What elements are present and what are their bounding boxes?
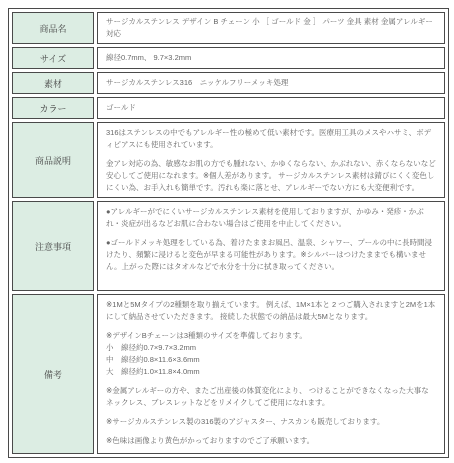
spec-paragraph: ゴールド xyxy=(106,102,436,114)
spec-paragraph: ※サージカルステンレス製の316製のアジャスター、ナスカンも販売しております。 xyxy=(106,416,436,428)
spec-paragraph: ●アレルギーがでにくいサージカルステンレス素材を使用しておりますが、かゆみ・発疹… xyxy=(106,206,436,230)
row-value-color: ゴールド xyxy=(97,97,445,119)
spec-paragraph: 316はステンレスの中でもアレルギー性の極めて低い素材です。医療用工具のメスやハ… xyxy=(106,127,436,151)
spec-paragraph: ※デザインBチェーンは3種類のサイズを準備しております。 xyxy=(106,330,436,342)
row-label-caution: 注意事項 xyxy=(12,201,94,291)
row-label-color: カラー xyxy=(12,97,94,119)
spec-paragraph-size-small: 小 線径約0.7×9.7×3.2mm xyxy=(106,342,436,354)
row-value-description: 316はステンレスの中でもアレルギー性の極めて低い素材です。医療用工具のメスやハ… xyxy=(97,122,445,198)
spec-paragraph: ※金属アレルギーの方や、またご出産後の体質変化により、 つけることができなくなっ… xyxy=(106,385,436,409)
row-label-size: サイズ xyxy=(12,47,94,69)
row-label-product-name: 商品名 xyxy=(12,12,94,44)
row-label-description: 商品説明 xyxy=(12,122,94,198)
row-value-product-name: サージカルステンレス デザイン B チェーン 小 ［ ゴールド 金 ］ パーツ … xyxy=(97,12,445,44)
spec-paragraph: サージカルステンレス316 ニッケルフリーメッキ処理 xyxy=(106,77,436,89)
spec-paragraph: サージカルステンレス デザイン B チェーン 小 ［ ゴールド 金 ］ パーツ … xyxy=(106,16,436,40)
row-label-material: 素材 xyxy=(12,72,94,94)
spec-paragraph: 線径0.7mm、 9.7×3.2mm xyxy=(106,52,436,64)
row-value-size: 線径0.7mm、 9.7×3.2mm xyxy=(97,47,445,69)
row-label-notes: 備考 xyxy=(12,294,94,454)
product-spec-table: 商品名 サージカルステンレス デザイン B チェーン 小 ［ ゴールド 金 ］ … xyxy=(8,8,449,458)
table-row-material: 素材 サージカルステンレス316 ニッケルフリーメッキ処理 xyxy=(12,72,445,94)
spec-paragraph: ●ゴールドメッキ処理をしている為、着けたままお風呂、温泉、シャワー、プールの中に… xyxy=(106,237,436,273)
spec-paragraph: ※1Mと5Mタイプの2種類を取り揃えています。 例えば、1M×1本と 2 つご購… xyxy=(106,299,436,323)
product-detail-page: 商品名 サージカルステンレス デザイン B チェーン 小 ［ ゴールド 金 ］ … xyxy=(0,0,454,458)
row-value-material: サージカルステンレス316 ニッケルフリーメッキ処理 xyxy=(97,72,445,94)
table-row-size: サイズ 線径0.7mm、 9.7×3.2mm xyxy=(12,47,445,69)
row-value-notes: ※1Mと5Mタイプの2種類を取り揃えています。 例えば、1M×1本と 2 つご購… xyxy=(97,294,445,454)
table-row-notes: 備考 ※1Mと5Mタイプの2種類を取り揃えています。 例えば、1M×1本と 2 … xyxy=(12,294,445,454)
spec-paragraph-size-large: 大 線径約1.0×11.8×4.0mm xyxy=(106,366,436,378)
table-row-color: カラー ゴールド xyxy=(12,97,445,119)
row-value-caution: ●アレルギーがでにくいサージカルステンレス素材を使用しておりますが、かゆみ・発疹… xyxy=(97,201,445,291)
table-row-product-name: 商品名 サージカルステンレス デザイン B チェーン 小 ［ ゴールド 金 ］ … xyxy=(12,12,445,44)
table-row-caution: 注意事項 ●アレルギーがでにくいサージカルステンレス素材を使用しておりますが、か… xyxy=(12,201,445,291)
spec-paragraph-size-medium: 中 線径約0.8×11.6×3.6mm xyxy=(106,354,436,366)
table-row-description: 商品説明 316はステンレスの中でもアレルギー性の極めて低い素材です。医療用工具… xyxy=(12,122,445,198)
spec-paragraph: ※色味は画像より黄色がかっておりますのでご了承願います。 xyxy=(106,435,436,447)
spec-paragraph: 金アレ対応の為、敏感なお肌の方でも腫れない、かゆくならない、かぶれない、赤くなら… xyxy=(106,158,436,194)
